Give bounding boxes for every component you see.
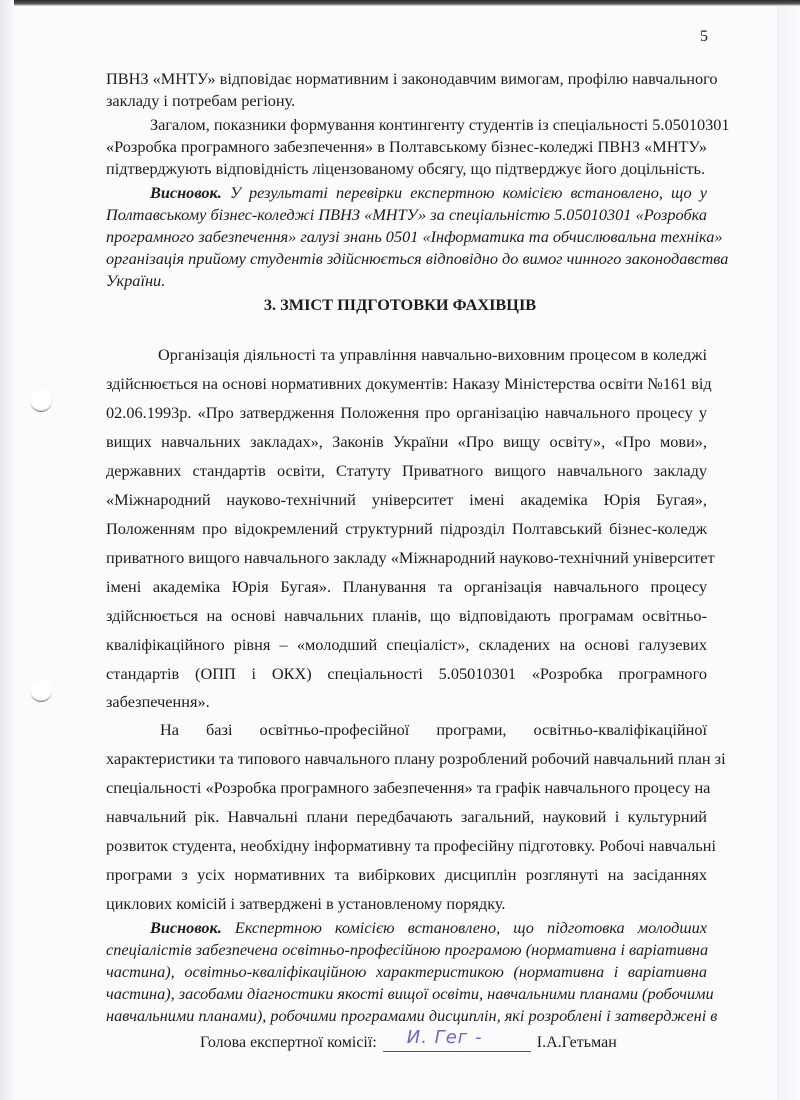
punch-hole-top [30, 390, 52, 412]
conclusion1-line: програмного забезпечення» галузі знань 0… [106, 227, 707, 247]
conclusion1-line: Висновок. У результаті перевірки експерт… [150, 183, 707, 203]
para1-line: закладу і потребам регіону. [106, 91, 707, 111]
signature-block: Голова експертної комісії: И. Гег - І.А.… [200, 1033, 617, 1052]
conclusion2-line: частина), засобами діагностики якості ви… [106, 984, 707, 1004]
para4-line: На базі освітньо-професійної програми, о… [160, 720, 707, 740]
para3-line: здійснюється на основі нормативних докум… [106, 374, 707, 394]
para4-line: циклових комісій і затверджені в установ… [106, 894, 707, 914]
conclusion1-line: України. [106, 271, 707, 291]
para4-line: спеціальності «Розробка програмного забе… [106, 778, 707, 798]
conclusion1-line: організація прийому студентів здійснюєть… [106, 249, 707, 269]
signature-label: Голова експертної комісії: [200, 1034, 377, 1052]
scan-left-shadow [0, 0, 14, 1100]
conclusion1-line: Полтавському бізнес-коледжі ПВНЗ «МНТУ» … [106, 205, 707, 225]
para2-line: «Розробка програмного забезпечення» в По… [106, 137, 707, 157]
conclusion-label: Висновок. [150, 918, 222, 937]
conclusion2-line: частина), освітньо-кваліфікаційною харак… [106, 962, 707, 982]
para2-line: Загалом, показники формування контингент… [150, 115, 707, 135]
signer-name: І.А.Гетьман [537, 1034, 617, 1052]
para3-line: забезпечення». [106, 692, 707, 712]
para2-line: підтверджують відповідність ліцензованом… [106, 159, 707, 179]
para1-line: ПВНЗ «МНТУ» відповідає нормативним і зак… [106, 69, 707, 89]
para4-line: програми з усіх нормативних та вибіркови… [106, 865, 707, 885]
page-number: 5 [700, 28, 708, 46]
scan-right-margin [777, 6, 800, 1100]
para3-line: Організація діяльності та управління нав… [158, 345, 707, 365]
signature-line: И. Гег - [383, 1033, 531, 1052]
para3-line: здійснюється на основі навчальних планів… [106, 606, 707, 626]
para4-line: навчальний рік. Навчальні плани передбач… [106, 807, 707, 827]
para3-line: кваліфікаційного рівня – «молодший спеці… [106, 635, 707, 655]
para4-line: розвиток студента, необхідну інформативн… [106, 836, 707, 856]
scan-top-edge [0, 0, 800, 6]
conclusion2-line: спеціалістів забезпечена освітньо-профес… [106, 940, 707, 960]
punch-hole-bottom [30, 680, 52, 702]
para3-line: стандартів (ОПП і ОКХ) спеціальності 5.0… [106, 664, 707, 684]
para3-line: «Міжнародний науково-технічний університ… [106, 490, 707, 510]
para3-line: імені академіка Юрія Бугая». Планування … [106, 577, 707, 597]
para3-line: Положенням про відокремлений структурний… [106, 519, 707, 539]
handwritten-signature: И. Гег - [407, 1027, 483, 1048]
para3-line: вищих навчальних закладах», Законів Укра… [106, 432, 707, 452]
para3-line: державних стандартів освіти, Статуту При… [106, 461, 707, 481]
para3-line: приватного вищого навчального закладу «М… [106, 548, 707, 568]
conclusion2-line: Висновок. Експертною комісією встановлен… [150, 918, 707, 938]
para4-line: характеристики та типового навчального п… [106, 749, 707, 769]
para3-line: 02.06.1993р. «Про затвердження Положення… [106, 403, 707, 423]
conclusion-label: Висновок. [150, 183, 222, 202]
section-heading: 3. ЗМІСТ ПІДГОТОВКИ ФАХІВЦІВ [0, 295, 800, 315]
conclusion2-line: навчальними планами), робочими програмам… [106, 1006, 707, 1026]
